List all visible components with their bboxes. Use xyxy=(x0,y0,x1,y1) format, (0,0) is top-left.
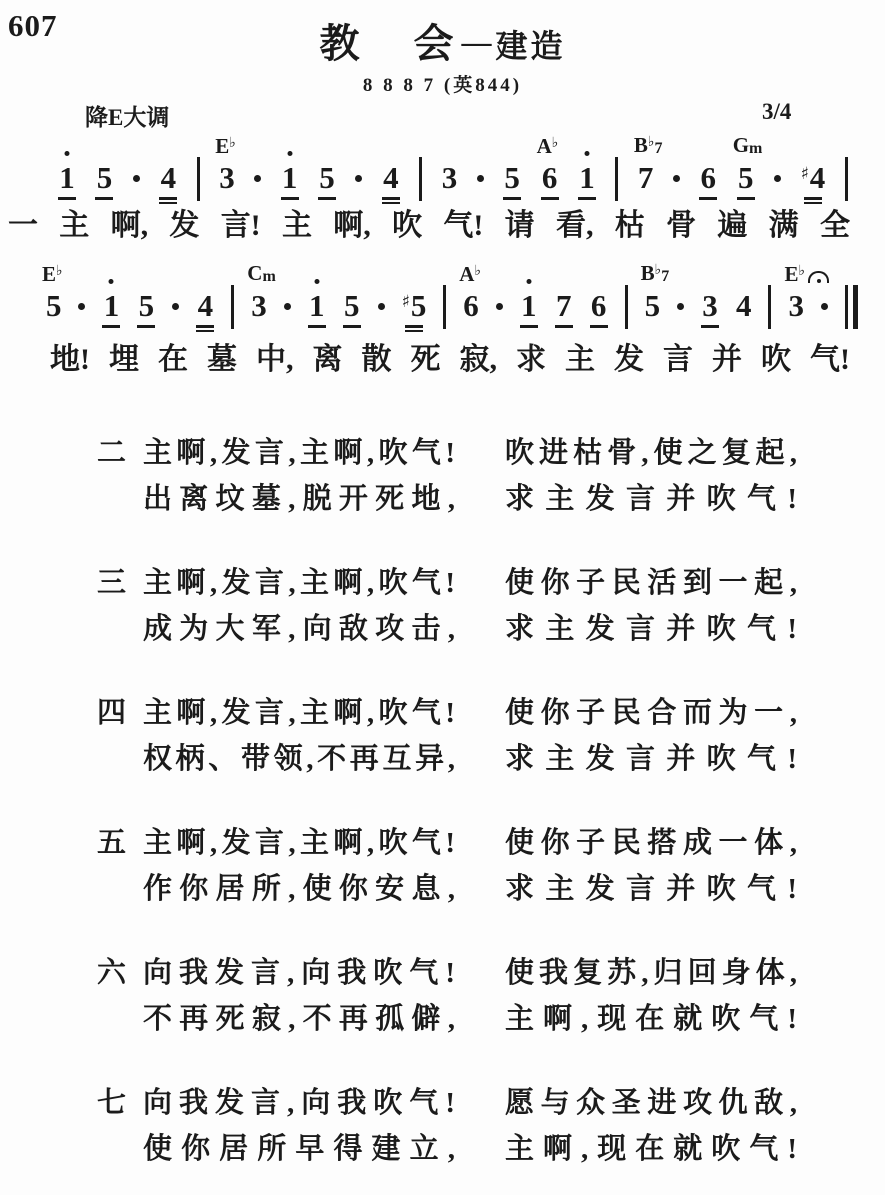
duration-dot-mark xyxy=(774,175,781,182)
lyric-syllable: 吹 xyxy=(392,209,422,243)
duration-dot xyxy=(172,289,179,310)
duration-dot-mark xyxy=(284,303,291,310)
octave-dot xyxy=(65,151,70,156)
note-digit: ♯5 xyxy=(402,289,427,323)
duration-dot xyxy=(774,161,781,182)
verse-line-right: 使你子民活到一起, xyxy=(505,560,797,606)
note-underlines xyxy=(308,325,326,328)
underline xyxy=(578,197,596,200)
verse-block: 二主啊,发言,主啊,吹气!吹进枯骨,使之复起,出离坟墓,脱开死地,求主发言并吹气… xyxy=(0,430,885,530)
music-note: Gm5 xyxy=(737,161,755,200)
underline xyxy=(196,325,214,328)
verse-line-right: 吹进枯骨,使之复起, xyxy=(505,430,797,476)
duration-dot xyxy=(133,161,140,182)
note-digit: 5 xyxy=(504,161,520,195)
chord-label: A♭ xyxy=(537,136,559,157)
note-underlines xyxy=(382,197,400,204)
duration-dot-mark xyxy=(355,175,362,182)
lyric-syllable: 言! xyxy=(221,209,261,243)
barline-mark xyxy=(768,285,771,329)
lyric-syllable: 枯 xyxy=(615,209,645,243)
note-underlines xyxy=(405,325,423,332)
underline xyxy=(318,197,336,200)
underline xyxy=(701,325,719,328)
note-digit: 4 xyxy=(736,289,752,323)
underline xyxy=(382,202,400,205)
barline-mark xyxy=(845,157,848,201)
music-note: 6 xyxy=(590,289,608,328)
underline xyxy=(308,325,326,328)
verse-line-left: 主啊,发言,主啊,吹气! xyxy=(143,430,455,476)
octave-dot xyxy=(585,151,590,156)
duration-dot xyxy=(677,289,684,310)
music-note: Cm3 xyxy=(251,289,267,323)
note-digit: 1 xyxy=(282,161,298,195)
music-note: B♭75 xyxy=(645,289,661,323)
note-digit: 3 xyxy=(251,289,267,323)
duration-dot-mark xyxy=(378,303,385,310)
music-note: 3 xyxy=(701,289,719,328)
final-barline-thin xyxy=(845,285,848,329)
note-digit: 3 xyxy=(788,289,804,323)
music-note: 6 xyxy=(699,161,717,200)
lyric-syllable: 全 xyxy=(820,209,850,243)
lyric-line-2: 地!埋在墓中,离散死寂,求主发言并吹气! xyxy=(50,343,850,377)
underline xyxy=(541,197,559,200)
underline xyxy=(58,197,76,200)
underline xyxy=(503,197,521,200)
note-digit: 5 xyxy=(319,161,335,195)
lyric-syllable: 气! xyxy=(810,343,850,377)
note-digit: 4 xyxy=(161,161,177,195)
note-underlines xyxy=(95,197,113,200)
music-note: 1 xyxy=(102,289,120,328)
verse-block: 七向我发言,向我吹气!愿与众圣进攻仇敌,使你居所早得建立,主啊,现在就吹气! xyxy=(0,1080,885,1180)
music-note: 4 xyxy=(159,161,177,204)
lyric-syllable: 主 xyxy=(565,343,595,377)
fermata-icon xyxy=(808,271,829,283)
note-digit: 3 xyxy=(702,289,718,323)
barline xyxy=(845,161,848,201)
chord-label: Cm xyxy=(247,263,276,285)
note-digit: 6 xyxy=(542,161,558,195)
octave-dot xyxy=(314,279,319,284)
duration-dot xyxy=(78,289,85,310)
lyric-syllable: 气! xyxy=(443,209,483,243)
lyric-syllable: 啊, xyxy=(111,209,149,243)
lyric-syllable: 看, xyxy=(556,209,594,243)
barline xyxy=(443,289,446,329)
note-underlines xyxy=(578,197,596,200)
note-digit: 6 xyxy=(701,161,717,195)
barline xyxy=(231,289,234,329)
note-digit: 5 xyxy=(46,289,62,323)
note-underlines xyxy=(159,197,177,204)
duration-dot xyxy=(496,289,503,310)
note-underlines xyxy=(137,325,155,328)
underline xyxy=(95,197,113,200)
music-note: 7 xyxy=(555,289,573,328)
note-digit: 4 xyxy=(383,161,399,195)
note-underlines xyxy=(555,325,573,328)
verse-line-left: 作你居所,使你安息, xyxy=(143,866,455,912)
underline xyxy=(382,197,400,200)
lyric-syllable: 啊, xyxy=(333,209,371,243)
lyric-syllable: 吹 xyxy=(761,343,791,377)
lyric-syllable: 主 xyxy=(282,209,312,243)
note-digit: 7 xyxy=(638,161,654,195)
note-digit: 6 xyxy=(463,289,479,323)
barline xyxy=(419,161,422,201)
lyric-syllable: 发 xyxy=(614,343,644,377)
verse-line-left: 出离坟墓,脱开死地, xyxy=(143,476,455,522)
duration-dot xyxy=(284,289,291,310)
duration-dot-mark xyxy=(477,175,484,182)
barline-mark xyxy=(197,157,200,201)
note-digit: 5 xyxy=(645,289,661,323)
duration-dot-mark xyxy=(172,303,179,310)
duration-dot-mark xyxy=(673,175,680,182)
lyric-syllable: 主 xyxy=(59,209,89,243)
lyric-syllable: 散 xyxy=(362,343,392,377)
hymn-meter: 8 8 8 7 (英844) xyxy=(0,70,885,97)
verse-line-left: 权柄、带领,不再互异, xyxy=(143,736,455,782)
music-note: E♭3 xyxy=(788,289,804,323)
verse-line-left: 不再死寂,不再孤僻, xyxy=(143,996,455,1042)
music-note: 1 xyxy=(58,161,76,200)
note-digit: 7 xyxy=(556,289,572,323)
note-digit: 3 xyxy=(442,161,458,195)
lyric-line-1: 一主啊,发言!主啊,吹气!请看,枯骨遍满全 xyxy=(8,209,850,243)
chord-label: Gm xyxy=(733,135,763,157)
duration-dot-mark xyxy=(677,303,684,310)
music-staff-line-2: E♭5154Cm315♯5A♭6176B♭7534E♭3 xyxy=(46,289,858,341)
key-signature: 降E大调 xyxy=(85,99,169,132)
music-note: 1 xyxy=(281,161,299,200)
duration-dot xyxy=(821,289,828,310)
verse-line-right: 愿与众圣进攻仇敌, xyxy=(505,1080,797,1126)
note-digit: 5 xyxy=(738,161,754,195)
music-note: 4 xyxy=(736,289,752,323)
barline-mark xyxy=(231,285,234,329)
duration-dot xyxy=(254,161,261,182)
duration-dot xyxy=(673,161,680,182)
note-digit: 1 xyxy=(521,289,537,323)
note-digit: 1 xyxy=(579,161,595,195)
verse-line-left: 主啊,发言,主啊,吹气! xyxy=(143,690,455,736)
note-underlines xyxy=(281,197,299,200)
note-digit: 4 xyxy=(198,289,214,323)
chord-label: E♭ xyxy=(784,264,829,285)
duration-dot xyxy=(477,161,484,182)
verse-block: 四主啊,发言,主啊,吹气!使你子民合而为一,权柄、带领,不再互异,求主发言并吹气… xyxy=(0,690,885,790)
chord-label: E♭ xyxy=(215,136,236,157)
lyric-syllable: 遍 xyxy=(717,209,747,243)
music-note: 5 xyxy=(343,289,361,328)
duration-dot-mark xyxy=(78,303,85,310)
note-underlines xyxy=(58,197,76,200)
note-underlines xyxy=(102,325,120,328)
note-digit: 1 xyxy=(59,161,75,195)
octave-dot xyxy=(287,151,292,156)
barline xyxy=(615,161,618,201)
verse-line-right: 主啊,现在就吹气! xyxy=(505,1126,797,1172)
verse-number: 六 xyxy=(97,950,126,996)
verse-line-right: 使你子民搭成一体, xyxy=(505,820,797,866)
music-note: ♯4 xyxy=(801,161,826,204)
hymn-title-subtitle: 建造 xyxy=(495,28,565,64)
octave-dot xyxy=(109,279,114,284)
lyric-syllable: 一 xyxy=(8,209,38,243)
underline xyxy=(102,325,120,328)
verse-line-left: 成为大军,向敌攻击, xyxy=(143,606,455,652)
music-note: 1 xyxy=(520,289,538,328)
music-note: 1 xyxy=(308,289,326,328)
verse-line-left: 使你居所早得建立, xyxy=(143,1126,455,1172)
lyric-syllable: 骨 xyxy=(666,209,696,243)
lyric-syllable: 在 xyxy=(158,343,188,377)
verse-line-right: 主啊,现在就吹气! xyxy=(505,996,797,1042)
final-barline-thick xyxy=(853,285,858,329)
verse-line-right: 使我复苏,归回身体, xyxy=(505,950,797,996)
underline xyxy=(555,325,573,328)
lyric-syllable: 并 xyxy=(712,343,742,377)
music-note: B♭77 xyxy=(638,161,654,195)
duration-dot-mark xyxy=(496,303,503,310)
underline xyxy=(804,197,822,200)
verse-block: 五主啊,发言,主啊,吹气!使你子民搭成一体,作你居所,使你安息,求主发言并吹气! xyxy=(0,820,885,920)
final-barline xyxy=(845,289,858,329)
verse-number: 四 xyxy=(97,690,126,736)
lyric-syllable: 发 xyxy=(169,209,199,243)
verse-line-left: 主啊,发言,主啊,吹气! xyxy=(143,560,455,606)
lyric-syllable: 墓 xyxy=(207,343,237,377)
music-note: 5 xyxy=(137,289,155,328)
time-signature: 3/4 xyxy=(762,99,791,125)
verse-number: 三 xyxy=(97,560,126,606)
lyric-syllable: 中, xyxy=(256,343,294,377)
note-underlines xyxy=(343,325,361,328)
verse-line-left: 向我发言,向我吹气! xyxy=(143,950,455,996)
note-digit: 5 xyxy=(139,289,155,323)
barline-mark xyxy=(443,285,446,329)
lyric-syllable: 地! xyxy=(50,343,90,377)
duration-dot xyxy=(378,289,385,310)
music-note: 4 xyxy=(196,289,214,332)
music-note: E♭5 xyxy=(46,289,62,323)
duration-dot xyxy=(355,161,362,182)
note-digit: ♯4 xyxy=(801,161,826,195)
music-note: E♭3 xyxy=(219,161,235,195)
sharp-accidental: ♯ xyxy=(801,164,809,184)
underline xyxy=(804,202,822,205)
verse-line-right: 求主发言并吹气! xyxy=(505,866,797,912)
sharp-accidental: ♯ xyxy=(402,292,410,312)
music-note: ♯5 xyxy=(402,289,427,332)
hymn-title-main: 教 会 xyxy=(319,21,475,66)
duration-dot-mark xyxy=(133,175,140,182)
chord-label: A♭ xyxy=(459,264,481,285)
barline-mark xyxy=(615,157,618,201)
verse-number: 七 xyxy=(97,1080,126,1126)
underline xyxy=(281,197,299,200)
chord-label: B♭7 xyxy=(634,135,663,157)
note-digit: 6 xyxy=(591,289,607,323)
verse-line-left: 向我发言,向我吹气! xyxy=(143,1080,455,1126)
underline xyxy=(137,325,155,328)
music-note: 5 xyxy=(318,161,336,200)
underline xyxy=(590,325,608,328)
music-note: 3 xyxy=(442,161,458,195)
music-note: 4 xyxy=(382,161,400,204)
music-note: 5 xyxy=(503,161,521,200)
barline-mark xyxy=(625,285,628,329)
lyric-syllable: 求 xyxy=(516,343,546,377)
underline xyxy=(520,325,538,328)
music-note: A♭6 xyxy=(463,289,479,323)
lyric-syllable: 寂, xyxy=(460,343,498,377)
barline xyxy=(625,289,628,329)
note-digit: 5 xyxy=(97,161,113,195)
barline xyxy=(768,289,771,329)
octave-dot xyxy=(526,279,531,284)
hymn-title: 教 会—建造 xyxy=(0,12,885,69)
note-underlines xyxy=(520,325,538,328)
verse-line-right: 使你子民合而为一, xyxy=(505,690,797,736)
music-note: 1 xyxy=(578,161,596,200)
underline xyxy=(737,197,755,200)
note-underlines xyxy=(804,197,822,204)
note-underlines xyxy=(699,197,717,200)
duration-dot-mark xyxy=(254,175,261,182)
note-digit: 3 xyxy=(219,161,235,195)
lyric-syllable: 请 xyxy=(505,209,535,243)
underline xyxy=(405,325,423,328)
note-underlines xyxy=(701,325,719,328)
verse-line-left: 主啊,发言,主啊,吹气! xyxy=(143,820,455,866)
note-digit: 1 xyxy=(104,289,120,323)
verse-line-right: 求主发言并吹气! xyxy=(505,476,797,522)
lyric-syllable: 言 xyxy=(663,343,693,377)
barline xyxy=(197,161,200,201)
verse-number: 二 xyxy=(97,430,126,476)
final-barline-mark xyxy=(845,285,858,329)
note-underlines xyxy=(737,197,755,200)
lyric-syllable: 满 xyxy=(769,209,799,243)
chord-label: E♭ xyxy=(42,264,63,285)
duration-dot-mark xyxy=(821,303,828,310)
note-digit: 5 xyxy=(344,289,360,323)
underline xyxy=(405,330,423,333)
underline xyxy=(343,325,361,328)
verse-block: 三主啊,发言,主啊,吹气!使你子民活到一起,成为大军,向敌攻击,求主发言并吹气! xyxy=(0,560,885,660)
underline xyxy=(159,202,177,205)
lyric-syllable: 离 xyxy=(313,343,343,377)
note-digit: 1 xyxy=(309,289,325,323)
underline xyxy=(699,197,717,200)
music-note: 5 xyxy=(95,161,113,200)
note-underlines xyxy=(196,325,214,332)
hymn-title-dash: — xyxy=(461,26,491,59)
verse-block: 六向我发言,向我吹气!使我复苏,归回身体,不再死寂,不再孤僻,主啊,现在就吹气! xyxy=(0,950,885,1050)
note-underlines xyxy=(318,197,336,200)
music-note: A♭6 xyxy=(541,161,559,200)
underline xyxy=(196,330,214,333)
underline xyxy=(159,197,177,200)
barline-mark xyxy=(419,157,422,201)
verse-number: 五 xyxy=(97,820,126,866)
lyric-syllable: 埋 xyxy=(109,343,139,377)
chord-label: B♭7 xyxy=(641,263,670,285)
music-staff-line-1: 154E♭315435A♭61B♭776Gm5♯4 xyxy=(58,161,848,213)
lyric-syllable: 死 xyxy=(411,343,441,377)
note-underlines xyxy=(541,197,559,200)
verse-line-right: 求主发言并吹气! xyxy=(505,736,797,782)
verse-line-right: 求主发言并吹气! xyxy=(505,606,797,652)
note-underlines xyxy=(503,197,521,200)
note-underlines xyxy=(590,325,608,328)
